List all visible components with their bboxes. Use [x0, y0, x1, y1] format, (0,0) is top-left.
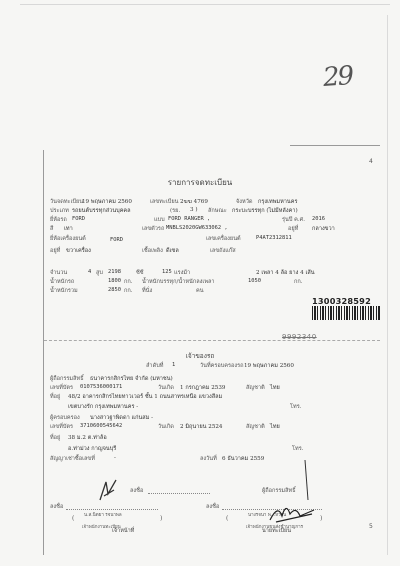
value: 2850 [108, 287, 121, 293]
value: FORD [110, 237, 123, 243]
label: เลขเครื่องยนต์ [206, 235, 241, 243]
paren-close: ) [320, 515, 322, 522]
sign-row-rights-holder: ลงชื่อ ผู้ถือกรรมสิทธิ์ [50, 487, 380, 497]
value: ดีเซล [166, 247, 179, 255]
label: ยี่ห้อรถ [50, 216, 67, 224]
value: 3710600545642 [80, 423, 122, 429]
reg-row-color: สี เทา เลขตัวรถ MNBLS2020GW633062 , อยู่… [50, 225, 380, 235]
label: น้ำหนักรวม [50, 287, 78, 295]
label: วันที่ครอบครองรถ [200, 362, 244, 370]
value: 2 มิถุนายน 2524 [180, 423, 223, 431]
value: 19 พฤษภาคม 2560 [82, 198, 132, 206]
value: 19 พฤษภาคม 2560 [244, 362, 294, 370]
owner-section-title: เจ้าของรถ [0, 351, 400, 361]
label: ซีซี [136, 269, 144, 277]
label: ผู้ครอบครอง [50, 414, 80, 422]
page-border-right [387, 15, 388, 555]
value: กลางขวา [312, 225, 335, 233]
owner-row-rh-address2: เขตบางรัก กรุงเทพมหานคร - โทร. [50, 403, 380, 413]
label: น้ำหนักรถ [50, 278, 74, 286]
value: กระบะบรรทุก (ไม่มีหลังคา) [232, 207, 298, 215]
signature-scribble-registrar [268, 500, 318, 524]
value: 1 กรกฎาคม 2539 [180, 384, 225, 392]
label: จังหวัด [236, 198, 252, 206]
value: 1050 [248, 278, 261, 284]
value: อ.ท่าม่วง กาญจนบุรี [68, 445, 116, 453]
value: 48/2 อาคารกสิกรไทยทาวเวอร์ ชั้น 1 ถนนสาท… [68, 393, 222, 401]
paren-open: ( [72, 515, 74, 522]
label: แบบ [154, 216, 165, 224]
label: ลำดับที่ [146, 362, 163, 370]
divider-line [290, 145, 380, 146]
paren-close: ) [160, 515, 162, 522]
label: เลขที่บัตร [50, 384, 73, 392]
barcode-number: 1300328592 [312, 296, 371, 306]
label: เลขถังแก๊ส [210, 247, 236, 255]
handwritten-note: 29 [322, 61, 353, 93]
label: ลักษณะ [208, 207, 227, 215]
reg-row-fuel: อยู่ที่ ขวาเครื่อง เชื้อเพลิง ดีเซล เลขถ… [50, 247, 380, 257]
owner-row-contract: สัญญาเช่าซื้อเลขที่ - ลงวันที่ 6 ธันวาคม… [50, 455, 380, 465]
value: 2ฆฆ 4769 [180, 198, 208, 206]
page-number-top: 4 [369, 158, 373, 165]
label: สูบ [96, 269, 103, 277]
section-divider [44, 340, 380, 341]
owner-row-rh-address: ที่อยู่ 48/2 อาคารกสิกรไทยทาวเวอร์ ชั้น … [50, 393, 380, 403]
label: ยี่ห้อเครื่องยนต์ [50, 235, 86, 243]
label: โทร. [290, 403, 301, 411]
officer-role: เจ้าหน้าที่ [112, 527, 134, 535]
value: เขตบางรัก กรุงเทพมหานคร - [68, 403, 138, 411]
value: 2 เพลา 4 ล้อ ยาง 4 เส้น [256, 269, 315, 277]
label: อยู่ที่ [288, 225, 298, 233]
paren-open: ( [226, 515, 228, 522]
registrar-role: นายทะเบียน [262, 527, 291, 535]
value: 1 [172, 362, 175, 368]
label: วันเกิด [158, 423, 174, 431]
label: สี [50, 225, 53, 233]
value: - [114, 455, 116, 461]
registration-title: รายการจดทะเบียน [0, 176, 400, 189]
label: วันเกิด [158, 384, 174, 392]
value: MNBLS2020GW633062 , [166, 225, 228, 231]
page-number-bottom: 5 [369, 523, 373, 530]
label: ลงชื่อ [206, 503, 219, 511]
label: ประเภท [50, 207, 69, 215]
owner-row-p-address2: อ.ท่าม่วง กาญจนบุรี โทร. [50, 445, 380, 455]
value: 4 [88, 269, 91, 275]
document-page: 29 4 รายการจดทะเบียน วันจดทะเบียน 19 พฤษ… [0, 0, 400, 566]
label: เลขทะเบียน [150, 198, 178, 206]
label: กก. [124, 278, 133, 286]
owner-row-sequence: ลำดับที่ 1 วันที่ครอบครองรถ 19 พฤษภาคม 2… [50, 362, 380, 372]
label: โทร. [292, 445, 303, 453]
label: สัญชาติ [246, 384, 265, 392]
label: เชื้อเพลิง [142, 247, 163, 255]
owner-row-p-address: ที่อยู่ 38 ม.2 ต.ท่าล้อ [50, 434, 380, 444]
value: 0107536000171 [80, 384, 122, 390]
owner-row-p-id: เลขที่บัตร 3710600545642 วันเกิด 2 มิถุน… [50, 423, 380, 433]
struck-number: 9992340 [282, 333, 317, 341]
value: กรุงเทพมหานคร [258, 198, 298, 206]
label: สัญชาติ [246, 423, 265, 431]
value: ไทย [270, 423, 280, 431]
label: สัญญาเช่าซื้อเลขที่ [50, 455, 95, 463]
label: (รย. [170, 207, 180, 215]
reg-row-engine: ยี่ห้อเครื่องยนต์ FORD เลขเครื่องยนต์ P4… [50, 235, 380, 245]
label: กก. [294, 278, 303, 286]
label: ผู้ถือกรรมสิทธิ์ [262, 487, 296, 495]
value: 125 [162, 269, 172, 275]
label: วันจดทะเบียน [50, 198, 83, 206]
label: ลงชื่อ [130, 487, 143, 495]
label: เลขตัวรถ [142, 225, 164, 233]
value: นางสาวฐาพิดดา แก่นสม - [90, 414, 153, 422]
scan-edge [20, 4, 390, 5]
signature-stroke [302, 460, 312, 502]
value: 3 ) [190, 207, 198, 213]
label: จำนวน [50, 269, 67, 277]
label: ที่อยู่ [50, 434, 60, 442]
value: 2016 [312, 216, 325, 222]
label: ลงชื่อ [50, 503, 63, 511]
value: FORD [72, 216, 85, 222]
label: ลงวันที่ [200, 455, 217, 463]
label: อยู่ที่ [50, 247, 60, 255]
value: 2198 [108, 269, 121, 275]
label: รุ่นปี ค.ศ. [282, 216, 305, 224]
value: ธนาคารกสิกรไทย จำกัด (มหาชน) [90, 375, 173, 383]
value: เทา [64, 225, 73, 233]
label: น้ำหนักบรรทุก/น้ำหนักลงเพลา [142, 278, 215, 286]
label: แรงม้า [174, 269, 190, 277]
label: เลขที่บัตร [50, 423, 73, 431]
label: ที่อยู่ [50, 393, 60, 401]
value: 38 ม.2 ต.ท่าล้อ [68, 434, 107, 442]
label: ที่นั่ง [142, 287, 152, 295]
value: FORD RANGER , [168, 216, 210, 222]
value: 6 ธันวาคม 2559 [222, 455, 264, 463]
barcode [312, 306, 380, 320]
value: ไทย [270, 384, 280, 392]
value: รถยนต์บรรทุกส่วนบุคคล [72, 207, 131, 215]
value: ขวาเครื่อง [66, 247, 91, 255]
value: 1800 [108, 278, 121, 284]
label: กก. [124, 287, 133, 295]
label: คน [196, 287, 204, 295]
value: P4AT2312811 [256, 235, 292, 241]
signature-line [148, 493, 210, 494]
signature-line-officer [66, 509, 158, 510]
officer-name: น.ส.นิตยา รจนาพล [84, 511, 122, 518]
label: ผู้ถือกรรมสิทธิ์ [50, 375, 84, 383]
